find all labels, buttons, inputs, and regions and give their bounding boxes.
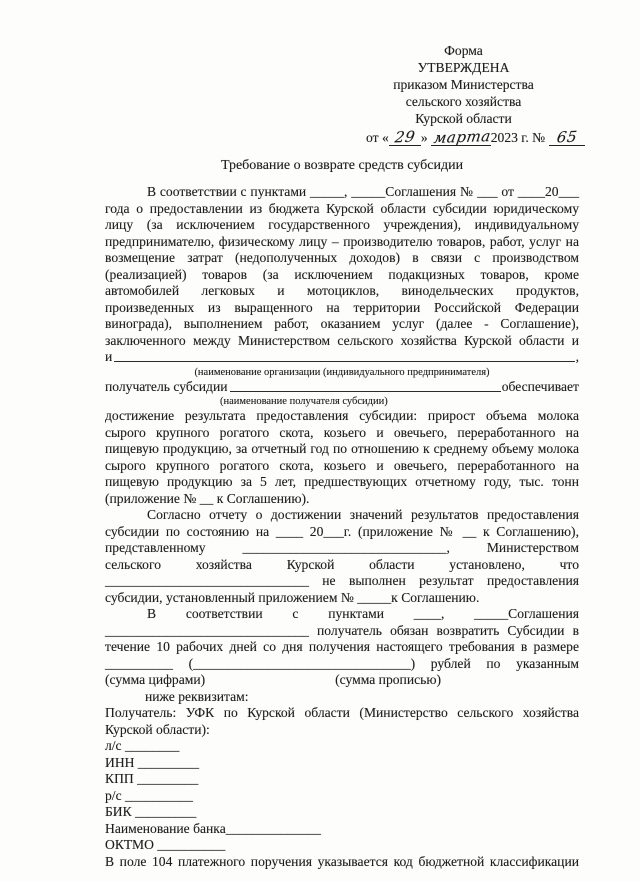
result-paragraph-line: сырого крупного рогатого скота, козьего … — [105, 425, 579, 442]
approval-line: УТВЕРЖДЕНА — [352, 59, 620, 76]
report-paragraph-line: сельского хозяйства Курской области уста… — [105, 557, 579, 574]
recipient-underline — [230, 391, 501, 392]
agreement-paragraph-line: предпринимателю, физическому лицу – прои… — [105, 234, 579, 251]
recipient-blank-prefix: получатель субсидии — [105, 379, 228, 396]
org-blank-suffix: , — [576, 349, 579, 366]
approval-stamp: Форма УТВЕРЖДЕНА приказом Министерства с… — [352, 42, 620, 146]
agreement-paragraph-line: возмещение затрат (недополученных доходо… — [105, 250, 579, 267]
result-paragraph-line: пищевую продукцию за 5 лет, предшествующ… — [105, 474, 579, 491]
return-paragraph-line: течение 10 рабочих дней со дня получения… — [105, 639, 579, 656]
sum-digits-caption: (сумма цифрами) — [105, 672, 205, 689]
handwritten-order-number: 65 — [549, 130, 585, 146]
result-paragraph-line: достижение результата предоставления суб… — [105, 408, 579, 425]
recipient-blank-line: получатель субсидии обеспечивает — [105, 379, 579, 396]
agreement-paragraph-line: В соответствии с пунктами _____, _____Со… — [105, 184, 579, 201]
result-paragraph-line: (приложение № __ к Соглашению). — [105, 491, 579, 508]
scanned-document-page: Форма УТВЕРЖДЕНА приказом Министерства с… — [0, 0, 640, 881]
report-paragraph-line: ______________________________ не выполн… — [105, 573, 579, 590]
agreement-paragraph-line: винограда), выполнением работ, оказанием… — [105, 316, 579, 333]
document-body: В соответствии с пунктами _____, _____Со… — [105, 184, 579, 870]
org-name-blank-line: и , — [105, 349, 579, 366]
org-name-caption: (наименование организации (индивидуально… — [105, 366, 640, 379]
approval-line: Курской области — [352, 110, 620, 127]
document-title: Требование о возврате средств субсидии — [105, 157, 579, 174]
date-prefix: от « — [366, 130, 389, 145]
requisite-line-rs: р/с __________ — [105, 788, 579, 805]
handwritten-month: марта — [431, 130, 491, 146]
return-paragraph-line: В соответствии с пунктами ____, _____Сог… — [105, 606, 579, 623]
requisite-line-bik: БИК _________ — [105, 804, 579, 821]
report-paragraph-line: субсидии по состоянию на ____ 20___г. (п… — [105, 524, 579, 541]
requisites-intro: ниже реквизитам: — [145, 689, 619, 706]
requisite-line-inn: ИНН _________ — [105, 755, 579, 772]
agreement-paragraph-line: года о предоставлении из бюджета Курской… — [105, 201, 579, 218]
return-paragraph-line: ______________________________ получател… — [105, 623, 579, 640]
requisite-line-oktmo: ОКТМО __________ — [105, 837, 579, 854]
requisite-line-ls: л/с ________ — [105, 738, 579, 755]
sum-words-caption: (сумма прописью) — [335, 672, 441, 689]
result-paragraph-line: сырого крупного рогатого скота, козьего … — [105, 458, 579, 475]
report-paragraph-line: представленному ________________________… — [105, 540, 579, 557]
kbk-footer-line: В поле 104 платежного поручения указывае… — [105, 854, 579, 871]
sum-captions-row: (сумма цифрами) (сумма прописью) — [105, 672, 579, 689]
recipient-requisites-line: Получатель: УФК по Курской области (Мини… — [105, 705, 579, 722]
recipient-caption: (наименование получателя субсидии) — [220, 395, 640, 408]
agreement-paragraph-line: лицу (за исключением государственного уч… — [105, 217, 579, 234]
agreement-paragraph-line: произведенных из выращенного на территор… — [105, 300, 579, 317]
recipient-blank-suffix: обеспечивает — [502, 379, 579, 396]
date-suffix: 2023 г. № — [491, 130, 549, 145]
approval-date-line: от «29» марта2023 г. № 65 — [366, 129, 620, 146]
approval-line: Форма — [352, 42, 620, 59]
requisite-line-bank-name: Наименование банка______________ — [105, 821, 579, 838]
agreement-paragraph-line: автомобилей легковых и мотоциклов, винод… — [105, 283, 579, 300]
agreement-paragraph-line: (реализацией) товаров (за исключением по… — [105, 267, 579, 284]
requisite-line-kpp: КПП _________ — [105, 771, 579, 788]
return-paragraph-line: __________ (____________________________… — [105, 656, 579, 673]
agreement-paragraph-line: заключенного между Министерством сельско… — [105, 333, 579, 350]
approval-line: приказом Министерства — [352, 76, 620, 93]
org-name-underline — [114, 361, 574, 362]
handwritten-day: 29 — [389, 130, 421, 146]
report-paragraph-line: Согласно отчету о достижении значений ре… — [105, 507, 579, 524]
org-blank-prefix: и — [105, 349, 112, 366]
report-paragraph-line: субсидии, установленный приложением № __… — [105, 590, 579, 607]
recipient-requisites-line: Курской области): — [105, 722, 579, 739]
approval-line: сельского хозяйства — [352, 93, 620, 110]
result-paragraph-line: пищевую продукцию, за отчетный год по от… — [105, 441, 579, 458]
